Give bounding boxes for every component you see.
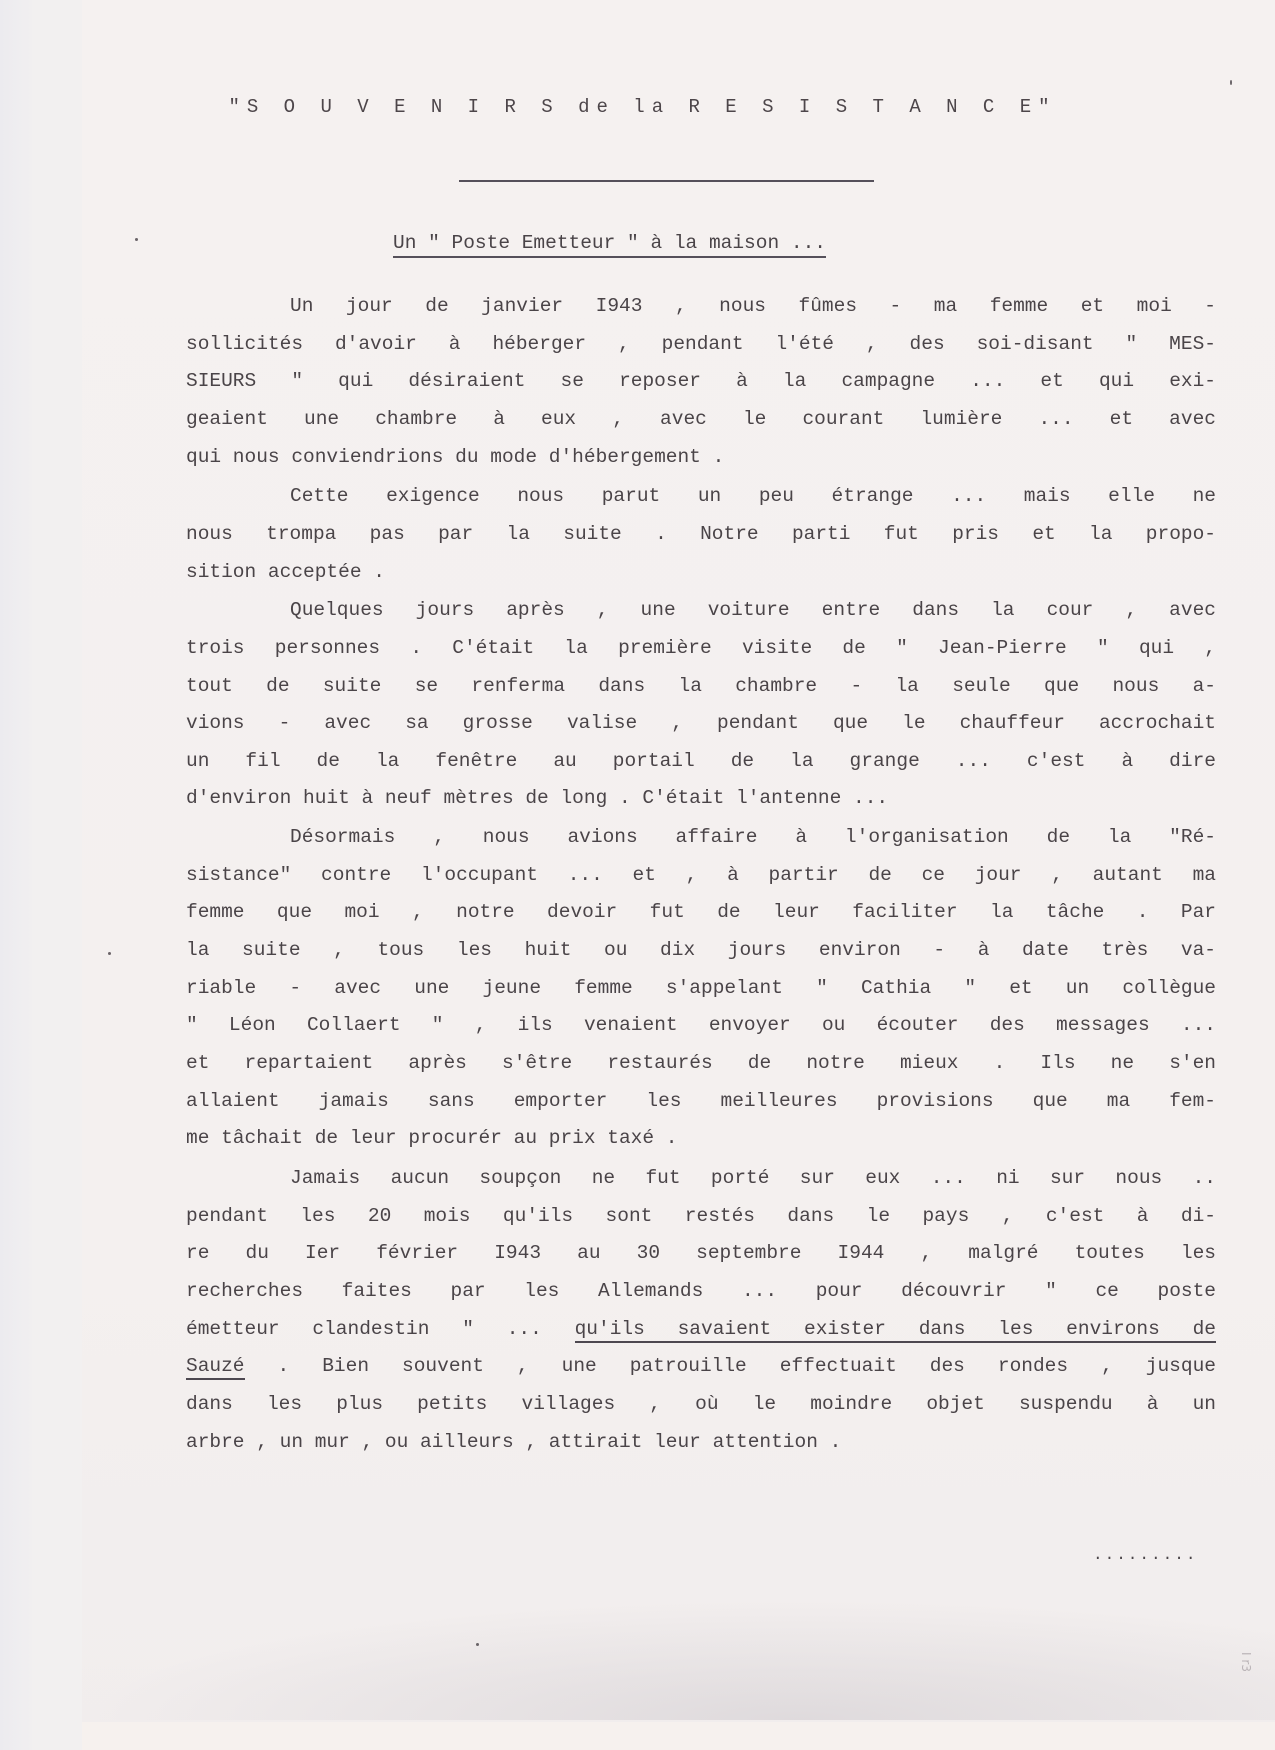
text-line: riable - avec une jeune femme s'appelant… — [186, 976, 1216, 1000]
paper-speck — [135, 238, 138, 241]
text-line: nous trompa pas par la suite . Notre par… — [186, 522, 1216, 546]
text-line: pendant les 20 mois qu'ils sont restés d… — [186, 1204, 1216, 1228]
text-line: vions - avec sa grosse valise , pendant … — [186, 711, 1216, 735]
page-fold-shadow — [82, 1600, 1275, 1720]
text-line: me tâchait de leur procurér au prix taxé… — [186, 1126, 1216, 1150]
paper-speck — [1230, 80, 1232, 85]
text-line: Un jour de janvier I943 , nous fûmes - m… — [290, 294, 1216, 318]
text-line: arbre , un mur , ou ailleurs , attirait … — [186, 1430, 1216, 1454]
text-line: recherches faites par les Allemands ... … — [186, 1279, 1216, 1303]
text-line: allaient jamais sans emporter les meille… — [186, 1089, 1216, 1113]
text-line: trois personnes . C'était la première vi… — [186, 636, 1216, 660]
margin-pencil-note: I r3 — [1239, 1652, 1253, 1672]
text-line: geaient une chambre à eux , avec le cour… — [186, 407, 1216, 431]
text-line: la suite , tous les huit ou dix jours en… — [186, 938, 1216, 962]
title-rule — [459, 180, 874, 182]
paper-speck — [476, 1643, 479, 1646]
scan-bottom-edge — [82, 1722, 1275, 1750]
document-title: "S O U V E N I R S de la R E S I S T A N… — [0, 96, 1275, 118]
scan-left-edge — [0, 0, 32, 1750]
text-line: un fil de la fenêtre au portail de la gr… — [186, 749, 1216, 773]
text-line: sistance" contre l'occupant ... et , à p… — [186, 863, 1216, 887]
continuation-dots: ......... — [1093, 1546, 1197, 1564]
underlined-phrase: qu'ils savaient exister dans les environ… — [575, 1318, 1216, 1343]
text-line: femme que moi , notre devoir fut de leur… — [186, 900, 1216, 924]
text-line: et repartaient après s'être restaurés de… — [186, 1051, 1216, 1075]
text-line: émetteur clandestin " ... qu'ils savaien… — [186, 1317, 1216, 1341]
text-line: re du Ier février I943 au 30 septembre I… — [186, 1241, 1216, 1265]
text-line: dans les plus petits villages , où le mo… — [186, 1392, 1216, 1416]
text-line: Quelques jours après , une voiture entre… — [290, 598, 1216, 622]
text-line: tout de suite se renferma dans la chambr… — [186, 674, 1216, 698]
text-line: Jamais aucun soupçon ne fut porté sur eu… — [290, 1166, 1216, 1190]
text-line: Cette exigence nous parut un peu étrange… — [290, 484, 1216, 508]
text-line: Désormais , nous avions affaire à l'orga… — [290, 825, 1216, 849]
underlined-place-name: Sauzé — [186, 1355, 245, 1380]
document-subtitle: Un " Poste Emetteur " à la maison ... — [393, 232, 826, 258]
paper-speck — [108, 952, 111, 955]
text-line: sition acceptée . — [186, 560, 1216, 584]
text-line: d'environ huit à neuf mètres de long . C… — [186, 786, 1216, 810]
text-line: qui nous conviendrions du mode d'héberge… — [186, 445, 1216, 469]
text-line: " Léon Collaert " , ils venaient envoyer… — [186, 1013, 1216, 1037]
text-line: SIEURS " qui désiraient se reposer à la … — [186, 369, 1216, 393]
text-line: Sauzé . Bien souvent , une patrouille ef… — [186, 1354, 1216, 1378]
text-line: sollicités d'avoir à héberger , pendant … — [186, 332, 1216, 356]
